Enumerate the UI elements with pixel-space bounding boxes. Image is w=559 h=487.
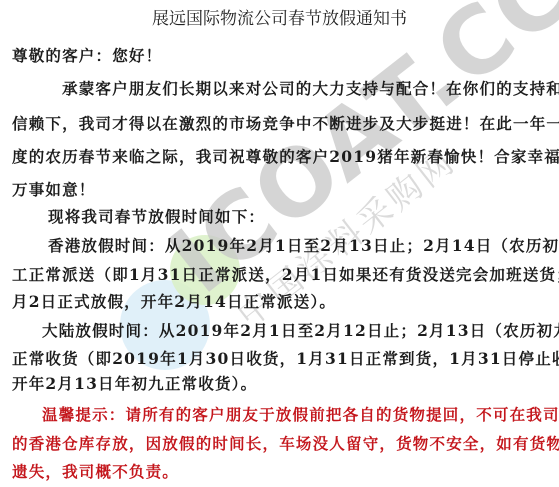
mainland-line-3: 开年2月13日年初九正常收货）。 <box>12 372 257 394</box>
intro-line-2: 信赖下，我司才得以在激烈的市场竞争中不断进步及大步挺进！在此一年一 <box>12 112 559 134</box>
reminder-line-3: 遗失，我司概不负责。 <box>12 460 179 482</box>
document-title: 展远国际物流公司春节放假通知书 <box>0 4 559 29</box>
mainland-line-2: 正常收货（即2019年1月30日收货，1月31日正常到货，1月31日停止收货， <box>12 347 559 369</box>
intro-line-3: 度的农历春节来临之际，我司祝尊敬的客户2019猪年新春愉快！合家幸福！ <box>12 145 559 167</box>
reminder-line-1: 温馨提示：请所有的客户朋友于放假前把各自的货物提回，不可在我司 <box>42 403 559 425</box>
mainland-line-1: 大陆放假时间：从2019年2月1日至2月12日止；2月13日（农历初九开工 <box>42 319 559 341</box>
greeting: 尊敬的客户：您好！ <box>12 44 162 66</box>
intro-line-4: 万事如意！ <box>12 178 96 200</box>
hongkong-line-1: 香港放假时间：从2019年2月1日至2月13日止；2月14日（农历初十）开 <box>48 234 559 256</box>
schedule-intro: 现将我司春节放假时间如下： <box>48 205 265 227</box>
intro-line-1: 承蒙客户朋友们长期以来对公司的大力支持与配合！在你们的支持和 <box>62 77 559 99</box>
hongkong-line-3: 月2日正式放假，开年2月14日正常派送）。 <box>12 290 336 312</box>
reminder-line-2: 的香港仓库存放，因放假的时间长，车场没人留守，货物不安全，如有货物 <box>12 432 559 454</box>
hongkong-line-2: 工正常派送（即1月31日正常派送，2月1日如果还有货没送完会加班送货；2 <box>12 263 559 285</box>
